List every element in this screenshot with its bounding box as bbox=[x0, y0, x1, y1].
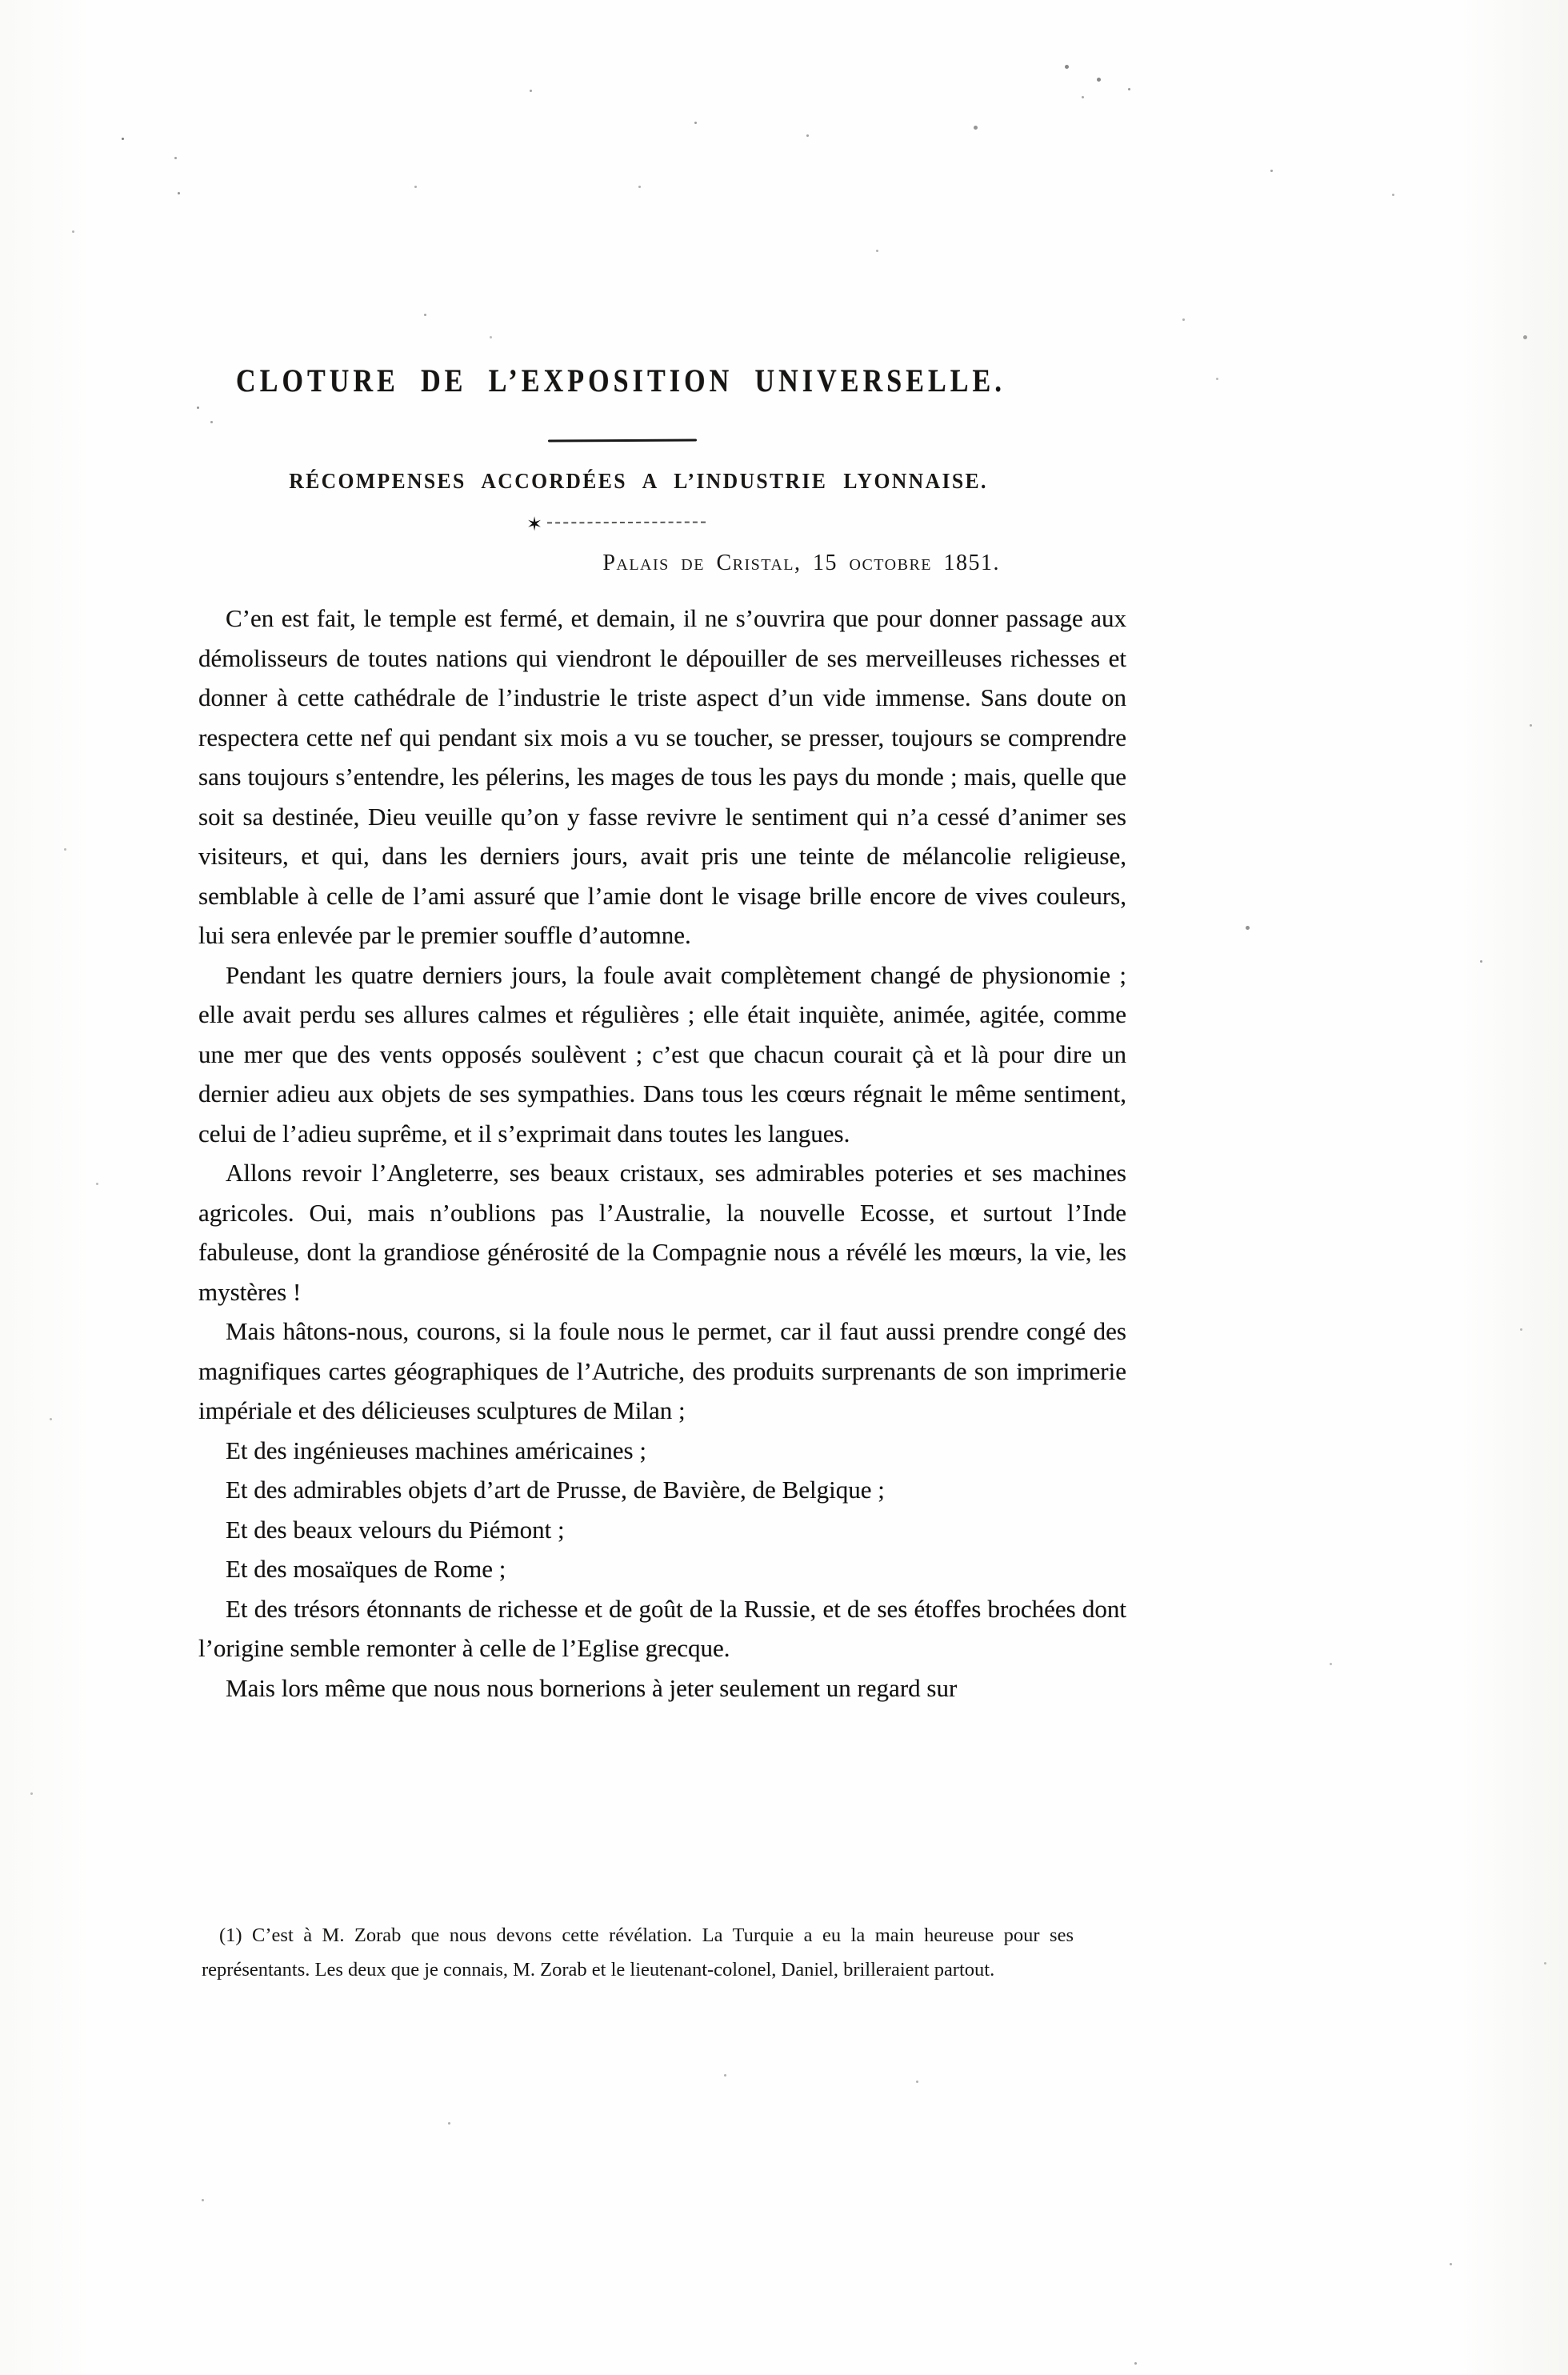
dateline: Palais de Cristal, 15 octobre 1851. bbox=[198, 551, 1126, 576]
subtitle-dashed-rule bbox=[547, 522, 706, 524]
scanned-document-page: CLOTURE DE L’EXPOSITION UNIVERSELLE. RÉC… bbox=[0, 0, 1568, 2375]
page-title: CLOTURE DE L’EXPOSITION UNIVERSELLE. bbox=[226, 362, 1015, 399]
paragraph: Pendant les quatre derniers jours, la fo… bbox=[198, 955, 1126, 1154]
paragraph: Et des beaux velours du Piémont ; bbox=[198, 1510, 1126, 1550]
paragraph: Et des mosaïques de Rome ; bbox=[198, 1549, 1126, 1589]
paragraph: Et des trésors étonnants de richesse et … bbox=[198, 1589, 1126, 1668]
ornament-star-icon: ✶ bbox=[526, 515, 542, 535]
paragraph: Mais lors même que nous nous bornerions … bbox=[198, 1668, 1126, 1708]
paragraph: C’en est fait, le temple est fermé, et d… bbox=[198, 599, 1126, 955]
paragraph: Mais hâtons-nous, courons, si la foule n… bbox=[198, 1312, 1126, 1431]
article-body: C’en est fait, le temple est fermé, et d… bbox=[198, 599, 1126, 1708]
paragraph: Et des ingénieuses machines américaines … bbox=[198, 1431, 1126, 1471]
title-rule bbox=[548, 439, 697, 443]
paragraph: Allons revoir l’Angleterre, ses beaux cr… bbox=[198, 1153, 1126, 1312]
dateline-text: Palais de Cristal, 15 octobre 1851. bbox=[602, 551, 1000, 576]
paragraph: Et des admirables objets d’art de Prusse… bbox=[198, 1470, 1126, 1510]
footnote: (1) C’est à M. Zorab que nous devons cet… bbox=[202, 1919, 1074, 1987]
scan-speckles bbox=[0, 0, 2, 2]
page-subtitle: RÉCOMPENSES ACCORDÉES A L’INDUSTRIE LYON… bbox=[198, 469, 1079, 494]
